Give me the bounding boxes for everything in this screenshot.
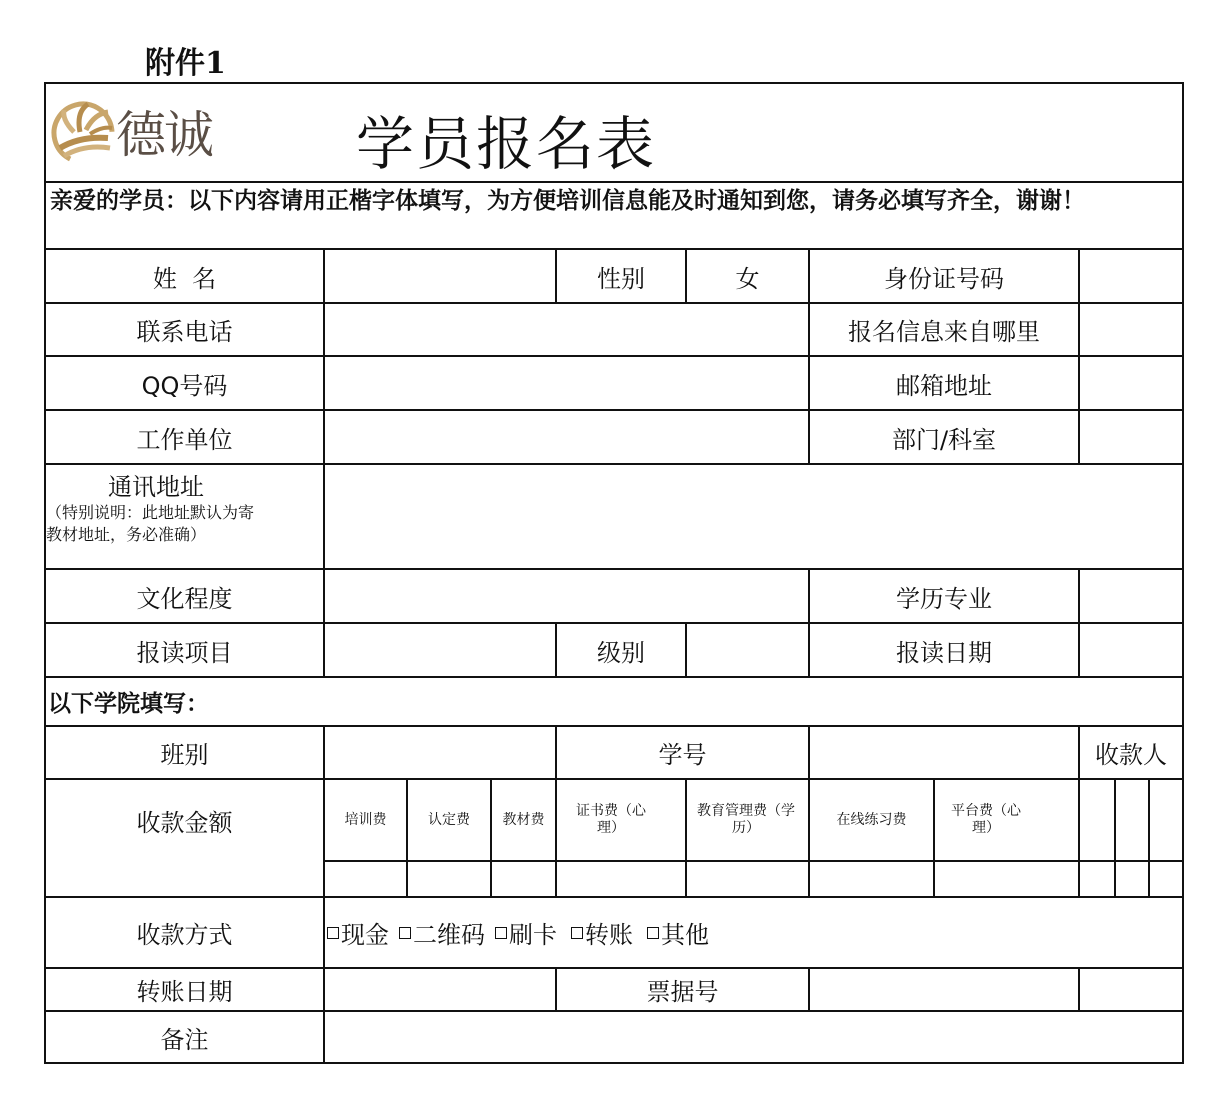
amount-label: 收款金额 xyxy=(46,780,323,860)
receipt-no-field[interactable] xyxy=(810,969,1078,1010)
fee-header-training: 培训费 xyxy=(325,780,406,860)
fee-input-training[interactable] xyxy=(325,862,406,896)
phone-label: 联系电话 xyxy=(46,304,323,355)
checkbox-icon[interactable] xyxy=(399,927,411,939)
transfer-date-field[interactable] xyxy=(325,969,555,1010)
qq-label: QQ号码 xyxy=(46,357,323,409)
payment-options: 现金 二维码 刷卡 转账 其他 xyxy=(327,898,1182,967)
major-label: 学历专业 xyxy=(810,570,1078,622)
address-field[interactable] xyxy=(325,465,1182,568)
program-label: 报读项目 xyxy=(46,624,323,676)
form-title: 学员报名表 xyxy=(346,94,666,184)
employer-label: 工作单位 xyxy=(46,411,323,463)
education-label: 文化程度 xyxy=(46,570,323,622)
fee-input-certification[interactable] xyxy=(408,862,490,896)
student-no-label: 学号 xyxy=(557,727,808,778)
payment-option-cash[interactable]: 现金 xyxy=(327,915,389,950)
payment-option-card[interactable]: 刷卡 xyxy=(495,915,557,950)
enroll-date-label: 报读日期 xyxy=(810,624,1078,676)
education-field[interactable] xyxy=(325,570,808,622)
level-field[interactable] xyxy=(687,624,808,676)
remarks-field[interactable] xyxy=(325,1012,1182,1062)
fee-input-platform[interactable] xyxy=(935,862,1078,896)
checkbox-icon[interactable] xyxy=(571,927,583,939)
level-label: 级别 xyxy=(557,624,685,676)
fee-header-certification: 认定费 xyxy=(408,780,490,860)
divider xyxy=(1114,778,1116,896)
fee-input-edu-management[interactable] xyxy=(687,862,808,896)
source-label: 报名信息来自哪里 xyxy=(810,304,1078,355)
college-section-heading: 以下学院填写： xyxy=(48,678,1182,725)
fee-header-edu-management: 教育管理费（学历） xyxy=(691,780,801,860)
attachment-label: 附件1 xyxy=(145,38,226,82)
payment-option-qrcode[interactable]: 二维码 xyxy=(399,915,485,950)
address-label-cell: 通讯地址 （特别说明：此地址默认为寄教材地址，务必准确） xyxy=(46,465,323,568)
address-note: （特别说明：此地址默认为寄教材地址，务必准确） xyxy=(46,502,266,546)
fee-header-certificate: 证书费（心理） xyxy=(566,780,656,860)
fee-header-online-practice: 在线练习费 xyxy=(810,780,933,860)
logo-text: 德诚 xyxy=(116,95,212,167)
id-number-label: 身份证号码 xyxy=(810,250,1078,302)
student-no-field[interactable] xyxy=(810,727,1078,778)
checkbox-icon[interactable] xyxy=(327,927,339,939)
fee-input-online-practice[interactable] xyxy=(810,862,933,896)
fee-header-materials: 教材费 xyxy=(492,780,555,860)
program-field[interactable] xyxy=(325,624,555,676)
notice-text: 亲爱的学员：以下内容请用正楷字体填写，为方便培训信息能及时通知到您，请务必填写齐… xyxy=(46,183,1182,248)
name-field[interactable] xyxy=(325,250,555,302)
enroll-date-field[interactable] xyxy=(1080,624,1182,676)
fee-input-certificate[interactable] xyxy=(557,862,685,896)
payment-option-other[interactable]: 其他 xyxy=(647,915,709,950)
class-label: 班别 xyxy=(46,727,323,778)
transfer-date-label: 转账日期 xyxy=(46,969,323,1010)
checkbox-icon[interactable] xyxy=(647,927,659,939)
department-label: 部门/科室 xyxy=(810,411,1078,463)
payment-option-transfer[interactable]: 转账 xyxy=(571,915,633,950)
registration-form: 德诚 学员报名表 亲爱的学员：以下内容请用正楷字体填写，为方便培训信息能及时通知… xyxy=(44,82,1184,1064)
department-field[interactable] xyxy=(1080,411,1182,463)
gender-label: 性别 xyxy=(557,250,685,302)
divider xyxy=(1148,778,1150,896)
name-label: 姓 名 xyxy=(46,250,323,302)
qq-field[interactable] xyxy=(325,357,808,409)
receipt-extra-field[interactable] xyxy=(1080,969,1182,1010)
payment-method-label: 收款方式 xyxy=(46,898,323,967)
class-field[interactable] xyxy=(325,727,555,778)
fee-header-platform: 平台费（心理） xyxy=(941,780,1031,860)
address-label: 通讯地址 xyxy=(46,467,266,502)
phone-field[interactable] xyxy=(325,304,808,355)
source-field[interactable] xyxy=(1080,304,1182,355)
remarks-label: 备注 xyxy=(46,1012,323,1062)
employer-field[interactable] xyxy=(325,411,808,463)
email-label: 邮箱地址 xyxy=(810,357,1078,409)
logo-wheat-icon xyxy=(50,98,116,164)
receipt-no-label: 票据号 xyxy=(557,969,808,1010)
major-field[interactable] xyxy=(1080,570,1182,622)
id-number-field[interactable] xyxy=(1080,250,1182,302)
fee-input-materials[interactable] xyxy=(492,862,555,896)
checkbox-icon[interactable] xyxy=(495,927,507,939)
payee-label: 收款人 xyxy=(1080,727,1182,778)
gender-field[interactable]: 女 xyxy=(687,250,808,302)
email-field[interactable] xyxy=(1080,357,1182,409)
logo: 德诚 xyxy=(50,86,260,176)
